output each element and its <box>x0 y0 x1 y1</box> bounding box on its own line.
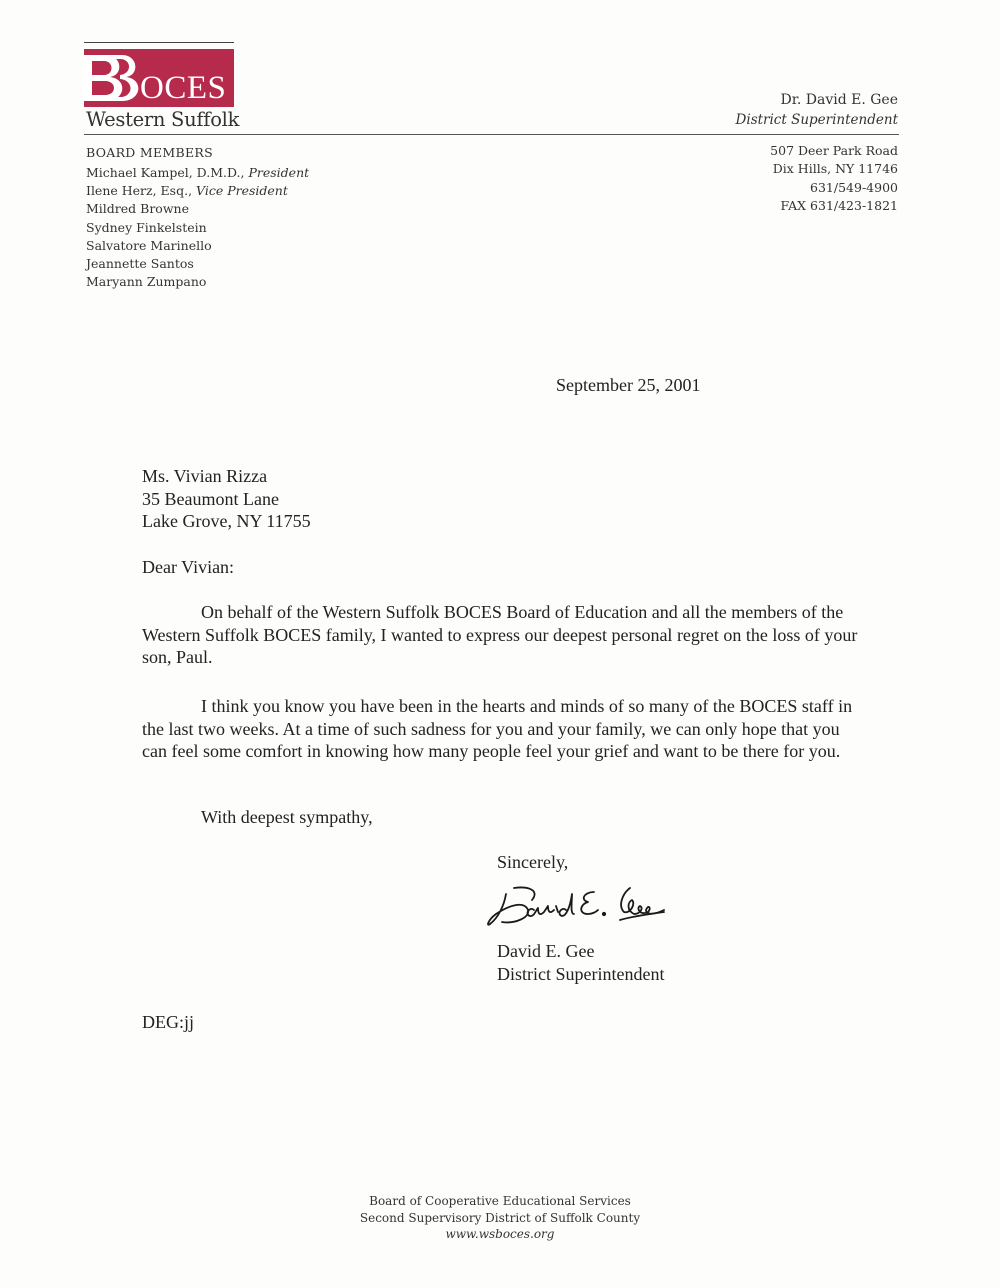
signer-block: David E. Gee District Superintendent <box>497 940 664 985</box>
body-paragraph-1: On behalf of the Western Suffolk BOCES B… <box>142 601 862 669</box>
signoff: Sincerely, <box>497 851 568 874</box>
board-member: Mildred Browne <box>86 200 309 218</box>
address-phone: 631/549-4900 <box>770 179 898 197</box>
boces-logo: OCES <box>84 49 234 107</box>
letter-date: September 25, 2001 <box>556 374 700 397</box>
executive-block: Dr. David E. Gee District Superintendent <box>736 90 898 130</box>
body-paragraph-2: I think you know you have been in the he… <box>142 695 862 763</box>
footer-url[interactable]: www.wsboces.org <box>0 1226 1000 1243</box>
address-fax: FAX 631/423-1821 <box>770 197 898 215</box>
logo-top-rule <box>84 42 234 43</box>
signer-title: District Superintendent <box>497 963 664 986</box>
paragraph-text: I think you know you have been in the he… <box>142 695 862 763</box>
boces-logo-icon <box>84 49 144 107</box>
office-address: 507 Deer Park Road Dix Hills, NY 11746 6… <box>770 142 898 215</box>
handwritten-signature-icon <box>484 880 674 932</box>
signer-name: David E. Gee <box>497 940 664 963</box>
board-member: Salvatore Marinello <box>86 237 309 255</box>
executive-title: District Superintendent <box>736 110 898 130</box>
executive-name: Dr. David E. Gee <box>736 90 898 110</box>
header-rule <box>84 134 899 135</box>
paragraph-text: On behalf of the Western Suffolk BOCES B… <box>142 601 862 669</box>
salutation: Dear Vivian: <box>142 556 234 579</box>
board-member: Sydney Finkelstein <box>86 219 309 237</box>
logo-subtitle: Western Suffolk <box>86 108 239 131</box>
logo-wordmark: OCES <box>140 71 226 105</box>
address-street: 507 Deer Park Road <box>770 142 898 160</box>
closing-line: With deepest sympathy, <box>201 806 373 829</box>
board-member: Maryann Zumpano <box>86 273 309 291</box>
board-members-list: Michael Kampel, D.M.D., President Ilene … <box>86 164 309 291</box>
recipient-city: Lake Grove, NY 11755 <box>142 510 311 533</box>
board-member: Jeannette Santos <box>86 255 309 273</box>
board-member: Michael Kampel, D.M.D., President <box>86 164 309 182</box>
recipient-address: Ms. Vivian Rizza 35 Beaumont Lane Lake G… <box>142 465 311 533</box>
board-member: Ilene Herz, Esq., Vice President <box>86 182 309 200</box>
footer: Board of Cooperative Educational Service… <box>0 1193 1000 1243</box>
recipient-name: Ms. Vivian Rizza <box>142 465 311 488</box>
footer-line-1: Board of Cooperative Educational Service… <box>0 1193 1000 1210</box>
footer-line-2: Second Supervisory District of Suffolk C… <box>0 1210 1000 1227</box>
board-members-title: BOARD MEMBERS <box>86 145 213 160</box>
typist-initials: DEG:jj <box>142 1011 194 1034</box>
recipient-street: 35 Beaumont Lane <box>142 488 311 511</box>
address-city: Dix Hills, NY 11746 <box>770 160 898 178</box>
